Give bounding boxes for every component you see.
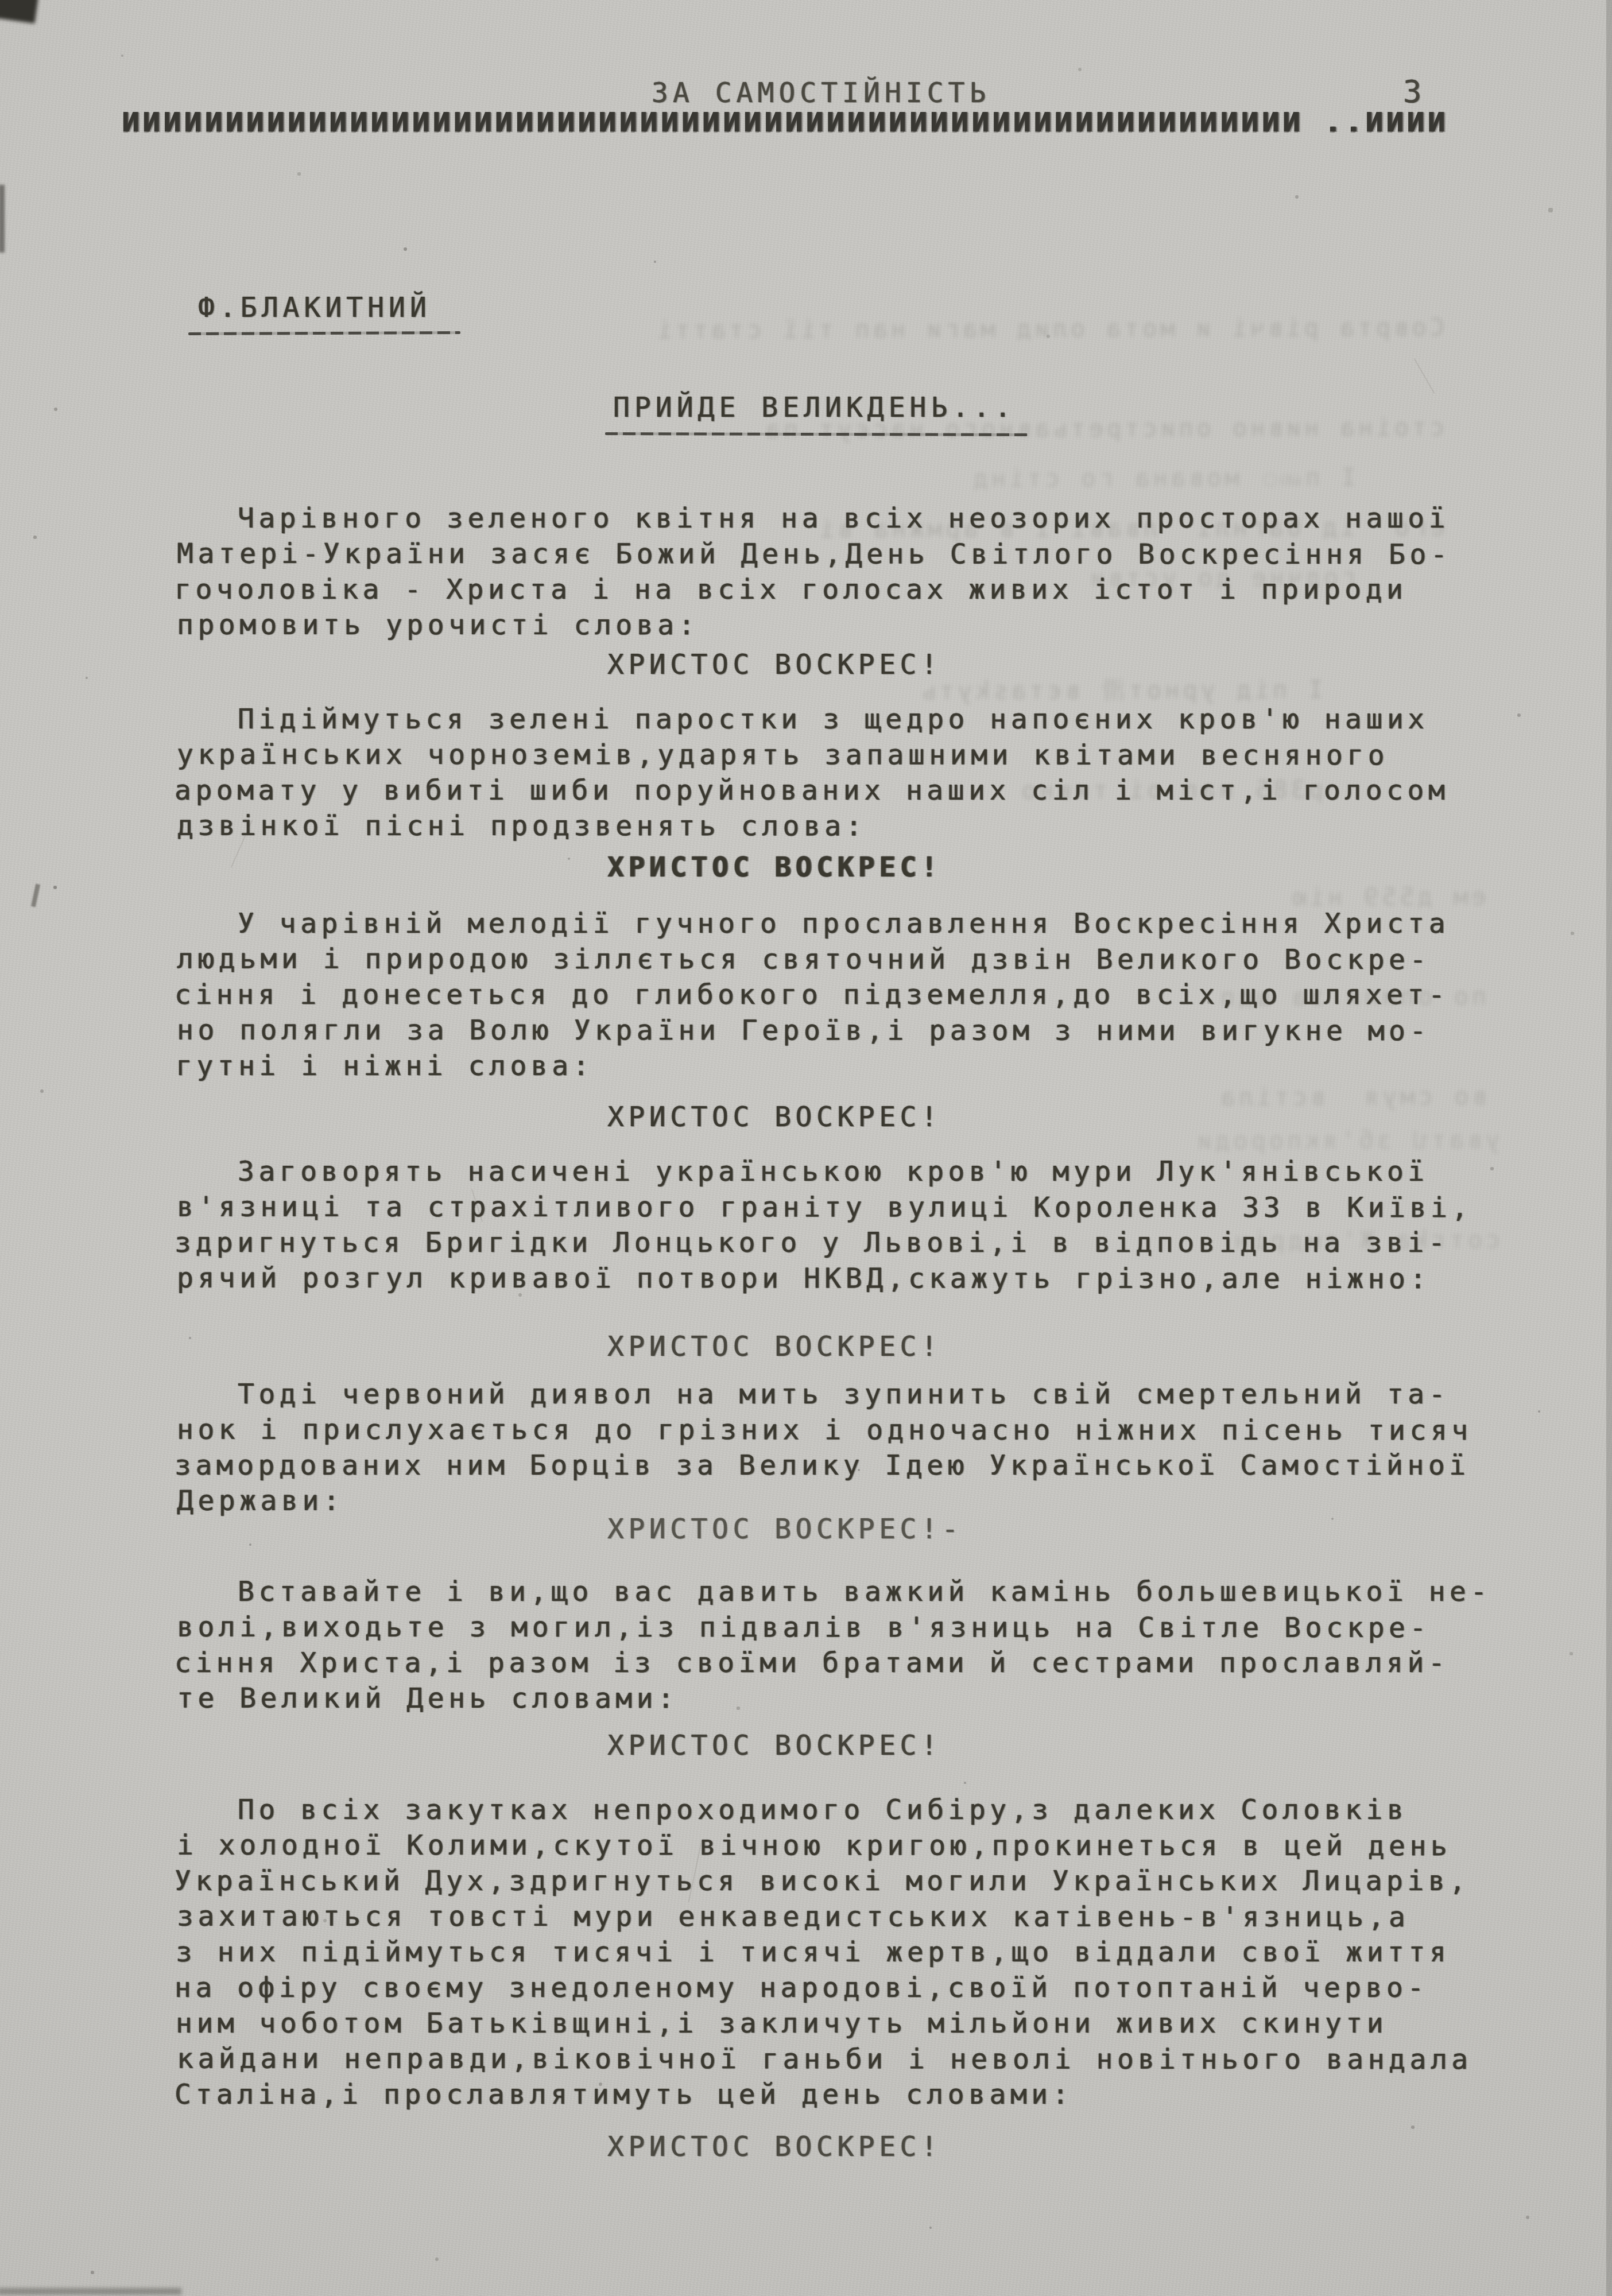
text-line: Сталіна,і прославлятимуть цей день слова… [175,2077,1518,2112]
paragraph: Чарівного зеленого квітня на всіх неозор… [176,501,1519,643]
bleed-line: І пை мована го стінд [970,461,1356,495]
paragraph: По всіх закутках непроходимого Сибіру,з … [176,1792,1519,2112]
text-line: захитаються товсті мури енкаведистських … [177,1899,1520,1936]
ink-mark [31,884,40,907]
refrain-heading: ХРИСТОС ВОСКРЕС! [607,1331,941,1363]
paragraph: У чарівній мелодії гучного прославлення … [176,906,1519,1084]
bleed-line: Соврта рівчі и мота олид маги нап тії ст… [654,311,1444,347]
text-line: сіння Христа,і разом із своїми братами й… [175,1645,1518,1681]
paragraph: Вставайте і ви,що вас давить важкий камі… [176,1574,1519,1716]
refrain-heading: ХРИСТОС ВОСКРЕС! [607,1101,941,1133]
edge-shading [1606,0,1612,2296]
text-line: з них підіймуться тисячі і тисячі жертв,… [176,1934,1519,1970]
article-title: ПРИЙДЕ ВЕЛИКДЕНЬ... [613,391,1016,424]
page-number: 3 [1403,73,1422,110]
text-line: те Великий День словами: [177,1681,1520,1717]
text-line: По всіх закутках непроходимого Сибіру,з … [176,1792,1519,1828]
paragraph: Заговорять насичені українською кров'ю м… [176,1154,1519,1296]
text-line: Тоді червоний диявол на мить зупинить св… [176,1376,1519,1412]
text-line: здригнуться Бригідки Лонцького у Львові,… [175,1225,1518,1261]
text-line: ним чоботом Батьківщині,і закличуть міль… [176,2006,1519,2041]
text-line: дзвінкої пісні продзвенять слова: [177,808,1520,845]
text-line: людьми і природою зіллється святочний дз… [177,941,1520,978]
author-name: Ф.БЛАКИТНИЙ [198,292,431,324]
refrain-heading: ХРИСТОС ВОСКРЕС! [607,649,941,681]
text-line: Чарівного зеленого квітня на всіх неозор… [176,501,1519,536]
bleed-line: уватป зб'якпороди [1194,1123,1500,1158]
text-line: і холодної Колими,скутої вічною кригою,п… [177,1828,1520,1864]
text-line: промовить урочисті слова: [177,607,1520,644]
edge-smudge [0,2288,181,2295]
text-line: Заговорять насичені українською кров'ю м… [176,1154,1519,1189]
text-line: волі,виходьте з могил,із підвалів в'язни… [177,1609,1520,1646]
text-line: кайдани неправди,віковічної ганьби і нев… [177,2041,1520,2078]
text-line: У чарівній мелодії гучного прославлення … [176,906,1519,941]
text-line: гутні і ніжні слова: [176,1048,1519,1084]
corner-blemish [0,0,38,24]
typographic-rule: ИИИИИИИИИИИИИИИИИИИИИИИИИИИИИИИИИИИИИИИИ… [122,107,1499,138]
paragraph: Тоді червоний диявол на мить зупинить св… [176,1376,1519,1519]
refrain-heading: ХРИСТОС ВОСКРЕС! [607,2131,941,2163]
text-line: Матері-України засяє Божий День,День Сві… [177,536,1520,573]
text-line: гочоловіка - Христа і на всіх голосах жи… [175,572,1518,607]
refrain-heading: ХРИСТОС ВОСКРЕС! [607,851,941,883]
masthead-title: ЗА САМОСТІЙНІСТЬ [652,77,990,109]
text-line: Підіймуться зелені паростки з щедро напо… [176,701,1519,737]
text-line: на офіру своєму знедоленому народові,сво… [175,1970,1518,2006]
text-line: но полягли за Волю України Героїв,і разо… [177,1013,1520,1049]
author-underline [188,331,460,335]
text-line: нок і прислухається до грізних і одночас… [177,1412,1520,1449]
refrain-heading: ХРИСТОС ВОСКРЕС! [607,1729,941,1762]
text-line: Вставайте і ви,що вас давить важкий камі… [176,1574,1519,1609]
text-line: в'язниці та страхітливого граніту вулиці… [177,1189,1520,1226]
text-line: сіння і донесеться до глибокого підземел… [175,977,1518,1013]
paper-speckles [0,0,1,1]
paragraph: Підіймуться зелені паростки з щедро напо… [176,701,1519,844]
text-line: українських чорноземів,ударять запашними… [177,737,1520,774]
scanned-document-page: Соврта рівчі и мота олид маги нап тії ст… [0,0,1612,2296]
text-line: рячий розгул кривавої потвори НКВД,скажу… [177,1261,1520,1297]
text-line: Український Дух,здригнуться високі могил… [175,1863,1518,1899]
text-line: аромату у вибиті шиби поруйнованих наших… [175,773,1518,808]
text-line: замордованих ним Борців за Велику Ідею У… [175,1448,1518,1483]
edge-streak [0,185,5,253]
refrain-heading: ХРИСТОС ВОСКРЕС!- [607,1513,963,1545]
